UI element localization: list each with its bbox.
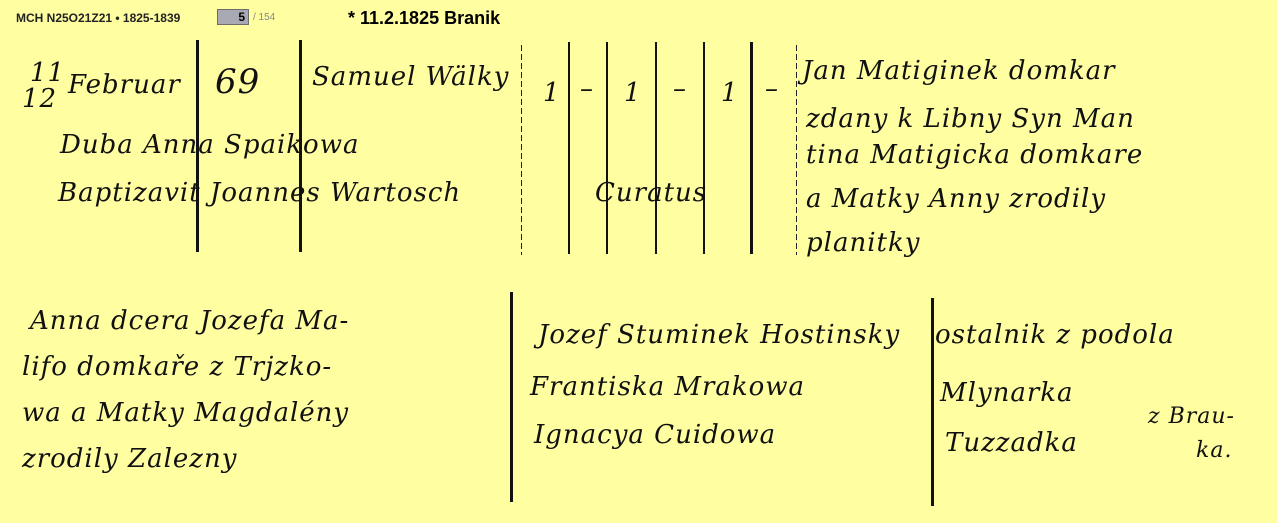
child-name: Samuel Wälky [312,62,509,92]
parents-line: a Matky Anny zrodily [806,184,1106,214]
parents-line: Jan Matiginek domkar [802,56,1116,86]
notes-line: ka. [1196,438,1232,463]
notes-line: Tuzzadka [945,428,1078,458]
notes-line: z Brau- [1148,404,1235,429]
date-month: Februar [68,70,181,100]
count: – [765,74,779,104]
page-total: / 154 [253,12,275,23]
column-rule [931,298,934,506]
count: – [673,74,687,104]
column-rule [703,42,705,254]
column-rule [655,42,657,254]
column-rule [796,45,797,255]
parents-line: planitky [806,228,920,258]
house-number: 69 [215,62,260,102]
column-rule [568,42,570,254]
column-rule [521,45,522,255]
mother-line: zrodily Zalezny [22,444,237,474]
count: – [580,74,594,104]
column-rule [750,42,753,254]
baptized-by: Baptizavit Joannes Wartosch [58,178,461,208]
register-reference: MCH N25O21Z21 • 1825-1839 [16,11,180,25]
column-rule [606,42,608,254]
viewer-toolbar: MCH N25O21Z21 • 1825-1839 5 / 154 * 11.2… [0,0,1277,34]
clergy-title: Curatus [595,178,707,208]
notes-line: ostalnik z podola [935,320,1175,350]
mother-line: wa a Matky Magdalény [22,398,349,428]
parents-line: tina Matigicka domkare [806,140,1143,170]
column-rule [510,292,513,502]
godparent-line: Frantiska Mrakowa [530,372,805,402]
record-title: * 11.2.1825 Branik [348,8,500,29]
page-number-input[interactable]: 5 [217,9,249,25]
notes-line: Mlynarka [940,378,1074,408]
mother-line: lifo domkaře z Trjzko- [22,352,332,382]
godparent-line: Ignacya Cuidowa [534,420,776,450]
godparent-line: Jozef Stuminek Hostinsky [538,320,900,350]
date-day: 12 [22,84,57,114]
mother-line: Anna dcera Jozefa Ma- [30,306,349,336]
count: 1 [624,78,642,108]
count: 1 [543,78,561,108]
count: 1 [721,78,739,108]
midwife: Duba Anna Spaikowa [60,130,359,160]
parents-line: zdany k Libny Syn Man [806,104,1135,134]
